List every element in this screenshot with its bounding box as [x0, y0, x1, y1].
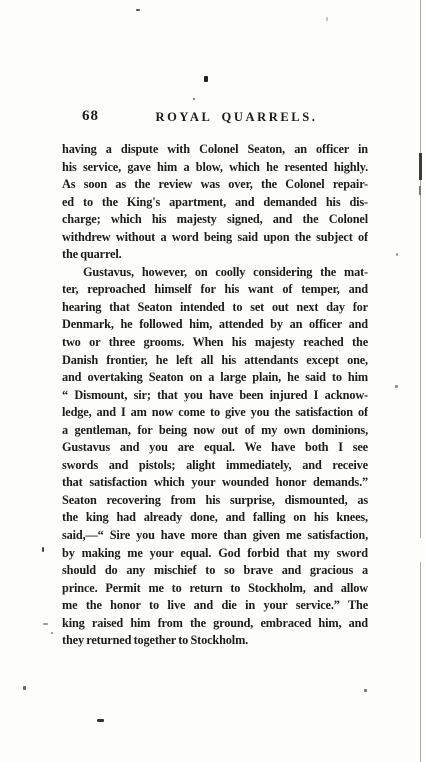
text-line: two or three grooms. When his majesty re… — [62, 334, 368, 352]
text-line: by making me your equal. God forbid that… — [62, 545, 368, 563]
text-line: me the honor to live and die in your ser… — [62, 597, 368, 615]
body-text: having a dispute with Colonel Seaton, an… — [62, 141, 368, 650]
ink-speck — [42, 547, 44, 552]
ink-speck — [396, 253, 398, 256]
text-line: the quarrel. — [62, 246, 368, 264]
text-line: swords and pistols; alight immediately, … — [62, 457, 368, 475]
ink-speck — [23, 686, 26, 690]
ink-speck — [136, 9, 140, 11]
text-line: having a dispute with Colonel Seaton, an… — [62, 141, 368, 159]
ink-speck — [193, 98, 195, 100]
running-header: 68 ROYAL QUARRELS. — [0, 108, 425, 130]
text-line: “ Dismount, sir; that you have been inju… — [62, 387, 368, 405]
text-line: ledge, and I am now come to give you the… — [62, 404, 368, 422]
text-line: Danish frontier, he left all his attenda… — [62, 352, 368, 370]
text-line: withdrew without a word being said upon … — [62, 229, 368, 247]
text-line: the king had already done, and falling o… — [62, 509, 368, 527]
text-line: hearing that Seaton intended to set out … — [62, 299, 368, 317]
text-line: his service, gave him a blow, which he r… — [62, 159, 368, 177]
ink-speck — [204, 76, 208, 82]
text-line: king raised him from the ground, embrace… — [62, 615, 368, 633]
text-line: Gustavus, however, on coolly considering… — [62, 264, 368, 282]
text-line: Denmark, he followed him, attended by an… — [62, 316, 368, 334]
text-line: Gustavus and you are equal. We have both… — [62, 439, 368, 457]
page-edge-dark-segment — [419, 186, 421, 195]
text-line: should do any mischief to so brave and g… — [62, 562, 368, 580]
page-edge-dark-segment — [419, 153, 422, 180]
book-page-scan: 68 ROYAL QUARRELS. having a dispute with… — [0, 0, 425, 762]
ink-speck — [43, 623, 48, 625]
text-line: prince. Permit me to return to Stockholm… — [62, 580, 368, 598]
text-line: As soon as the review was over, the Colo… — [62, 176, 368, 194]
page-edge-gap — [419, 538, 422, 562]
text-line: and overtaking Seaton on a large plain, … — [62, 369, 368, 387]
text-line: that satisfaction which your wounded hon… — [62, 474, 368, 492]
ink-speck — [51, 632, 53, 634]
text-line: a gentleman, for being now out of my own… — [62, 422, 368, 440]
ink-speck — [97, 719, 104, 722]
page-edge-line — [420, 0, 422, 762]
text-line: Seaton recovering from his surprise, dis… — [62, 492, 368, 510]
text-line: said,—“ Sire you have more than given me… — [62, 527, 368, 545]
text-line: ed to the King's apartment, and demanded… — [62, 194, 368, 212]
text-line: charge; which his majesty signed, and th… — [62, 211, 368, 229]
ink-speck — [364, 689, 367, 692]
text-line: ter, reproached himself for his want of … — [62, 281, 368, 299]
text-line: they returned together to Stockholm. — [62, 632, 368, 650]
ink-speck — [326, 17, 328, 21]
page-title: ROYAL QUARRELS. — [0, 110, 425, 125]
ink-speck — [395, 385, 398, 388]
